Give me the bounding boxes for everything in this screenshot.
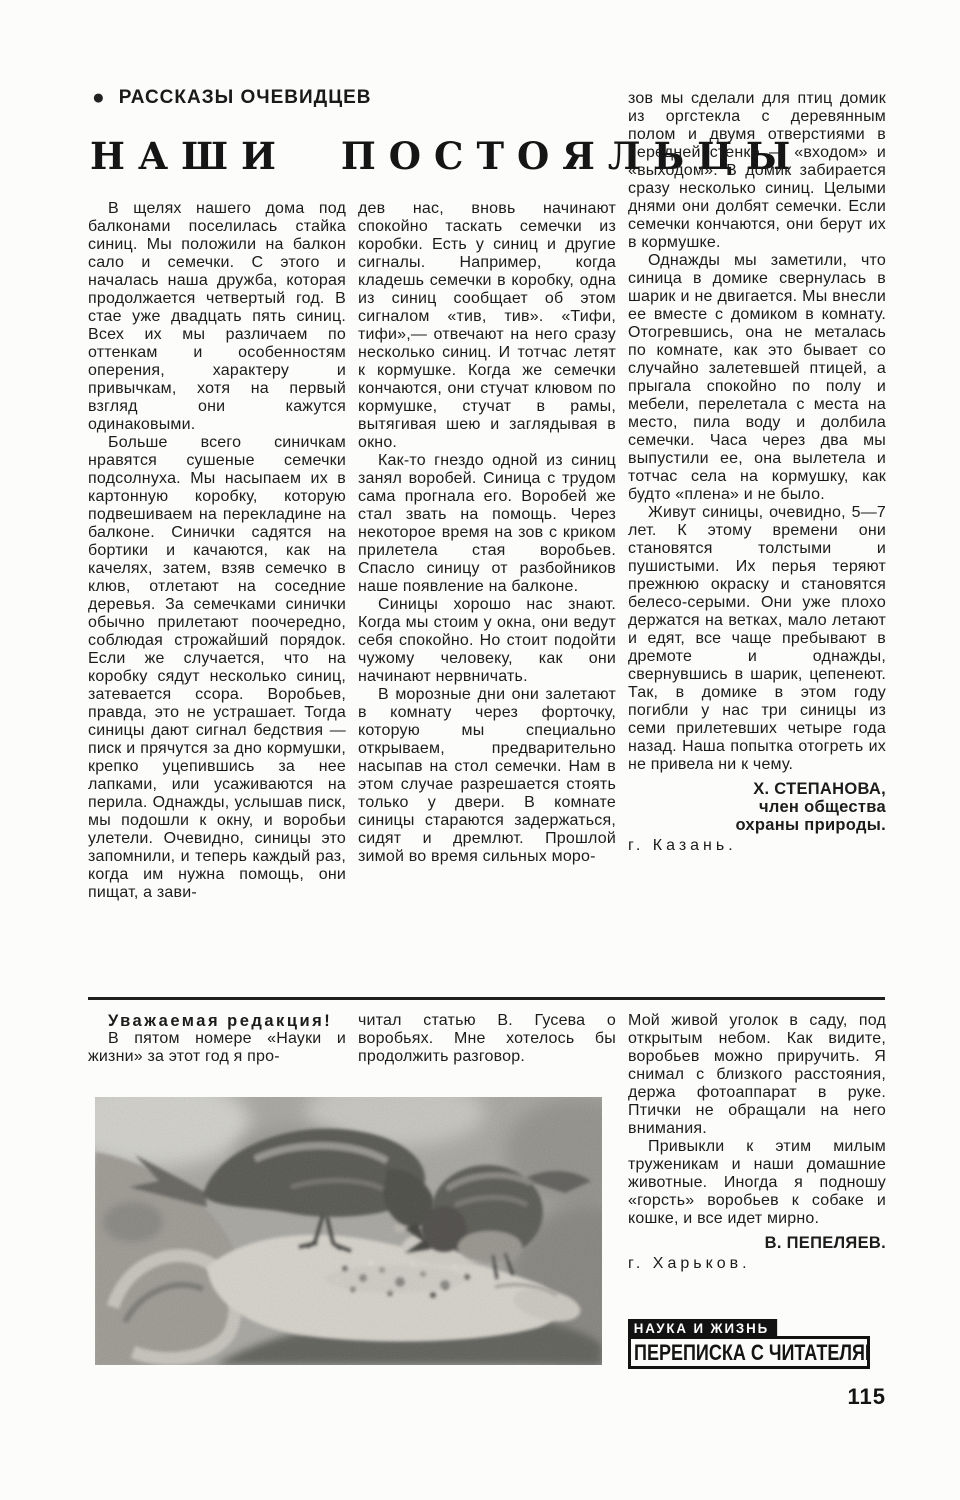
author-role: член общества	[628, 798, 886, 816]
article-column-1: В щелях нашего дома под балконами посели…	[88, 200, 346, 902]
rubric-text: ПЕРЕПИСКА С ЧИТАТЕЛЯМИ	[634, 1340, 870, 1366]
photo-illustration	[95, 1097, 602, 1365]
paragraph: Как-то гнездо одной из синиц занял вороб…	[358, 452, 616, 596]
letter-author-name: В. ПЕПЕЛЯЕВ.	[628, 1234, 886, 1252]
page-number: 115	[828, 1384, 886, 1410]
paragraph: Живут синицы, очевидно, 5—7 лет. К этому…	[628, 504, 886, 774]
author-role: охраны природы.	[628, 816, 886, 834]
section-label: ●РАССКАЗЫ ОЧЕВИДЦЕВ	[92, 86, 371, 110]
paragraph: Синицы хорошо нас знают. Когда мы стоим …	[358, 596, 616, 686]
magazine-name-bar: НАУКА И ЖИЗНЬ	[628, 1319, 777, 1338]
letter-column-3: Мой живой уголок в саду, под открытым не…	[628, 1012, 886, 1273]
paragraph: В морозные дни они залетают в комнату че…	[358, 686, 616, 866]
letter-author-city: г. Харьков.	[628, 1255, 886, 1273]
article-column-3: зов мы сделали для птиц домик из оргстек…	[628, 90, 886, 855]
paragraph: зов мы сделали для птиц домик из оргстек…	[628, 90, 886, 252]
author-city: г. Казань.	[628, 837, 886, 855]
paragraph: Мой живой уголок в саду, под открытым не…	[628, 1012, 886, 1138]
paragraph: дев нас, вновь начинают спокойно таскать…	[358, 200, 616, 452]
section-divider	[88, 997, 885, 1000]
photo-sparrows-feeding-from-hand	[95, 1097, 602, 1365]
letter-author-signature: В. ПЕПЕЛЯЕВ.	[628, 1234, 886, 1252]
letter-column-1: Уважаемая редакция! В пятом номере «Наук…	[88, 1012, 346, 1066]
letter-salutation: Уважаемая редакция!	[88, 1012, 346, 1030]
letter-column-2: читал статью В. Гусева о воробьях. Мне х…	[358, 1012, 616, 1066]
rubric-box: ПЕРЕПИСКА С ЧИТАТЕЛЯМИ	[628, 1336, 870, 1369]
paragraph: Привыкли к этим милым труженикам и наши …	[628, 1138, 886, 1228]
paragraph: В пятом номере «Науки и жизни» за этот г…	[88, 1030, 346, 1066]
author-name: Х. СТЕПАНОВА,	[628, 780, 886, 798]
rubric-badge: НАУКА И ЖИЗНЬ ПЕРЕПИСКА С ЧИТАТЕЛЯМИ	[628, 1319, 870, 1369]
article-title: НАШИ ПОСТОЯЛЬЦЫ	[90, 134, 650, 178]
magazine-page: ●РАССКАЗЫ ОЧЕВИДЦЕВ НАШИ ПОСТОЯЛЬЦЫ В ще…	[0, 0, 960, 1500]
author-signature: Х. СТЕПАНОВА, член общества охраны приро…	[628, 780, 886, 834]
bullet-icon: ●	[92, 86, 106, 110]
section-label-text: РАССКАЗЫ ОЧЕВИДЦЕВ	[119, 87, 372, 108]
paragraph: Однажды мы заметили, что синица в домике…	[628, 252, 886, 504]
paragraph: В щелях нашего дома под балконами посели…	[88, 200, 346, 434]
paragraph: Больше всего синичкам нравятся сушеные с…	[88, 434, 346, 902]
article-column-2: дев нас, вновь начинают спокойно таскать…	[358, 200, 616, 866]
paragraph: читал статью В. Гусева о воробьях. Мне х…	[358, 1012, 616, 1066]
